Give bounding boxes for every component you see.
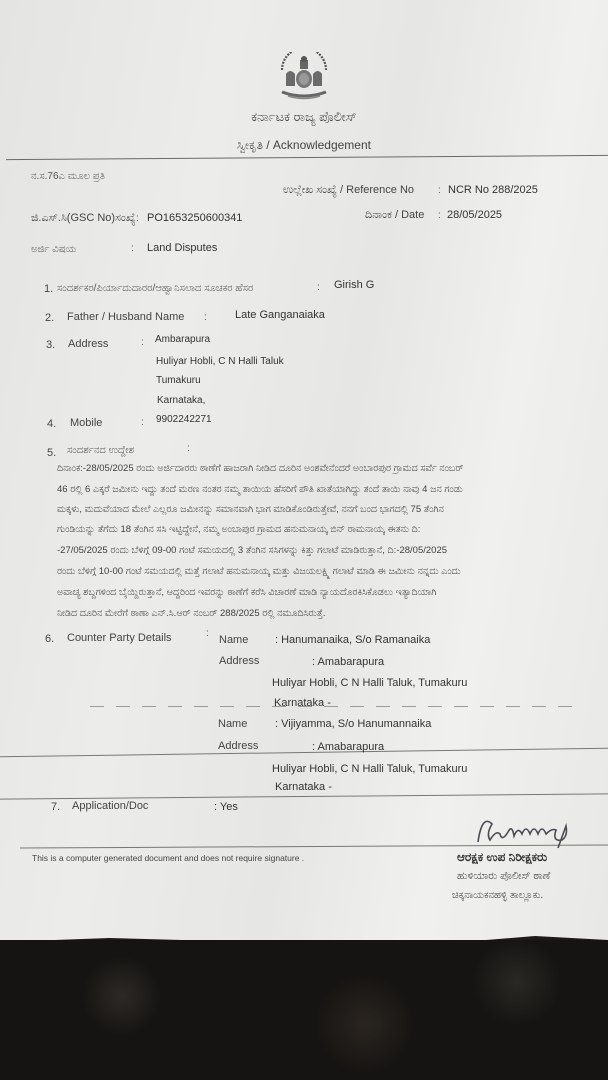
party-name: : Vijiyamma, S/o Hanumannaika [275, 718, 431, 730]
background-surface [0, 940, 608, 1080]
field-number: 7. [51, 801, 60, 813]
party-address-line: Karnataka - [275, 781, 332, 793]
address-label: Address [68, 338, 108, 350]
dashed-separator [90, 706, 580, 707]
mobile-value: 9902242271 [156, 414, 212, 425]
police-emblem-icon [276, 52, 332, 102]
subject-value: Land Disputes [147, 242, 217, 254]
fold-line [0, 748, 608, 757]
complainant-name: Girish G [334, 279, 374, 291]
field-number: 1. [44, 283, 53, 295]
reference-label: ಉಲ್ಲೇಖ ಸಂಖ್ಯೆ / Reference No [283, 184, 414, 197]
address-line: Tumakuru [156, 375, 201, 386]
field-number: 2. [45, 312, 54, 324]
purpose-line: 46 ರಲ್ಲಿ 6 ಎಕ್ಕರೆ ಜಮೀನು ಇದ್ದು ತಂದೆ ಮರಣ ನ… [57, 484, 463, 495]
section-divider [0, 793, 608, 799]
purpose-line: ನೀಡಿದ ದೂರಿನ ಮೇರೆಗೆ ಠಾಣಾ ಎನ್.ಸಿ.ಆರ್ ನಂಬರ್… [57, 608, 326, 619]
reference-value: NCR No 288/2025 [448, 184, 538, 196]
purpose-line: ಮಕ್ಕಳು, ಮದುವೆಯಾದ ಮೇಲೆ ಎಲ್ಲರೂ ಜಮೀನನ್ನು ಸಮ… [57, 504, 444, 515]
station-name: ಹುಳಿಯಾರು ಪೊಲೀಸ್ ಠಾಣೆ [457, 870, 550, 883]
officer-title: ಆರಕ್ಷಕ ಉಪ ನಿರೀಕ್ಷಕರು [457, 850, 547, 865]
complainant-name-label: ಸಂದರ್ಶಕರ/ಪಿರ್ಯಾದುದಾರರ/ಆಹ್ವಾನಿಸಲಾದ ಸೂಚಕರ … [57, 283, 253, 294]
party-address-line: : Amabarapura [312, 656, 384, 668]
field-number: 5. [47, 447, 56, 459]
party-address-label: Address [218, 740, 258, 752]
party-address-line: Karnataka - [274, 697, 331, 709]
application-label: Application/Doc [72, 800, 148, 812]
acknowledgement-paper: ಕರ್ನಾಟಕ ರಾಜ್ಯ ಪೊಲೀಸ್ ಸ್ವೀಕೃತಿ / Acknowle… [0, 0, 608, 950]
address-line: Ambarapura [155, 334, 210, 345]
form-note: ನ.ಸ.76ಎ ಮೂಲ ಪ್ರತಿ [31, 171, 105, 182]
gsc-label: ಜಿ.ಎಸ್.ಸಿ(GSC No)ಸಂಖ್ಯೆ [31, 212, 136, 225]
field-number: 4. [47, 418, 56, 430]
party-address-line: Huliyar Hobli, C N Halli Taluk, Tumakuru [272, 763, 467, 775]
address-line: Huliyar Hobli, C N Halli Taluk [156, 356, 284, 367]
mobile-label: Mobile [70, 417, 102, 429]
document-title: ಸ್ವೀಕೃತಿ / Acknowledgement [0, 138, 608, 153]
party-address-line: : Amabarapura [312, 741, 384, 753]
purpose-line: ದಿನಾಂಕ:-28/05/2025 ರಂದು ಅರ್ಜಿದಾರರು ಠಾಣೆಗ… [57, 463, 463, 474]
purpose-line: ಅವಾಚ್ಯ ಶಬ್ದಗಳಿಂದ ಬೈಯ್ದಿರುತ್ತಾನೆ, ಆದ್ದರಿಂ… [57, 587, 436, 598]
computer-generated-note: This is a computer generated document an… [32, 853, 304, 863]
party-name: : Hanumanaika, S/o Ramanaika [275, 634, 430, 646]
gsc-value: PO1653250600341 [147, 212, 242, 224]
date-label: ದಿನಾಂಕ / Date [365, 209, 424, 222]
father-name-label: Father / Husband Name [67, 311, 184, 323]
district-name: ಚಿಕ್ಕನಾಯಕನಹಳ್ಳಿ ತಾಲ್ಲೂಕು. [452, 890, 543, 901]
signature-icon [470, 812, 600, 850]
purpose-line: ಗುಂಡಿಯನ್ನು ತೆಗೆದು 18 ತೆಂಗಿನ ಸಸಿ ಇಟ್ಟಿದ್ದ… [57, 524, 420, 535]
field-number: 3. [46, 339, 55, 351]
application-value: : Yes [214, 801, 238, 813]
subject-label: ಅರ್ಜಿ ವಿಷಯ [31, 244, 76, 255]
purpose-line: -27/05/2025 ರಂದು ಬೆಳಿಗ್ಗೆ 09-00 ಗಂಟೆ ಸಮಯ… [57, 545, 447, 556]
father-name: Late Ganganaiaka [235, 309, 325, 321]
address-line: Karnataka, [157, 395, 205, 406]
date-value: 28/05/2025 [447, 209, 502, 221]
org-name-kannada: ಕರ್ನಾಟಕ ರಾಜ್ಯ ಪೊಲೀಸ್ [0, 109, 608, 125]
party-name-label: Name [218, 718, 247, 730]
counter-party-label: Counter Party Details [67, 632, 172, 644]
field-number: 6. [45, 633, 54, 645]
purpose-label: ಸಂದರ್ಶನದ ಉದ್ದೇಶ [67, 445, 134, 456]
party-address-line: Huliyar Hobli, C N Halli Taluk, Tumakuru [272, 677, 467, 689]
party-name-label: Name [219, 634, 248, 646]
purpose-line: ರಂದು ಬೆಳಿಗ್ಗೆ 10-00 ಗಂಟೆ ಸಮಯದಲ್ಲಿ ಮತ್ತೆ … [57, 566, 461, 577]
header-divider [6, 155, 608, 160]
party-address-label: Address [219, 655, 259, 667]
